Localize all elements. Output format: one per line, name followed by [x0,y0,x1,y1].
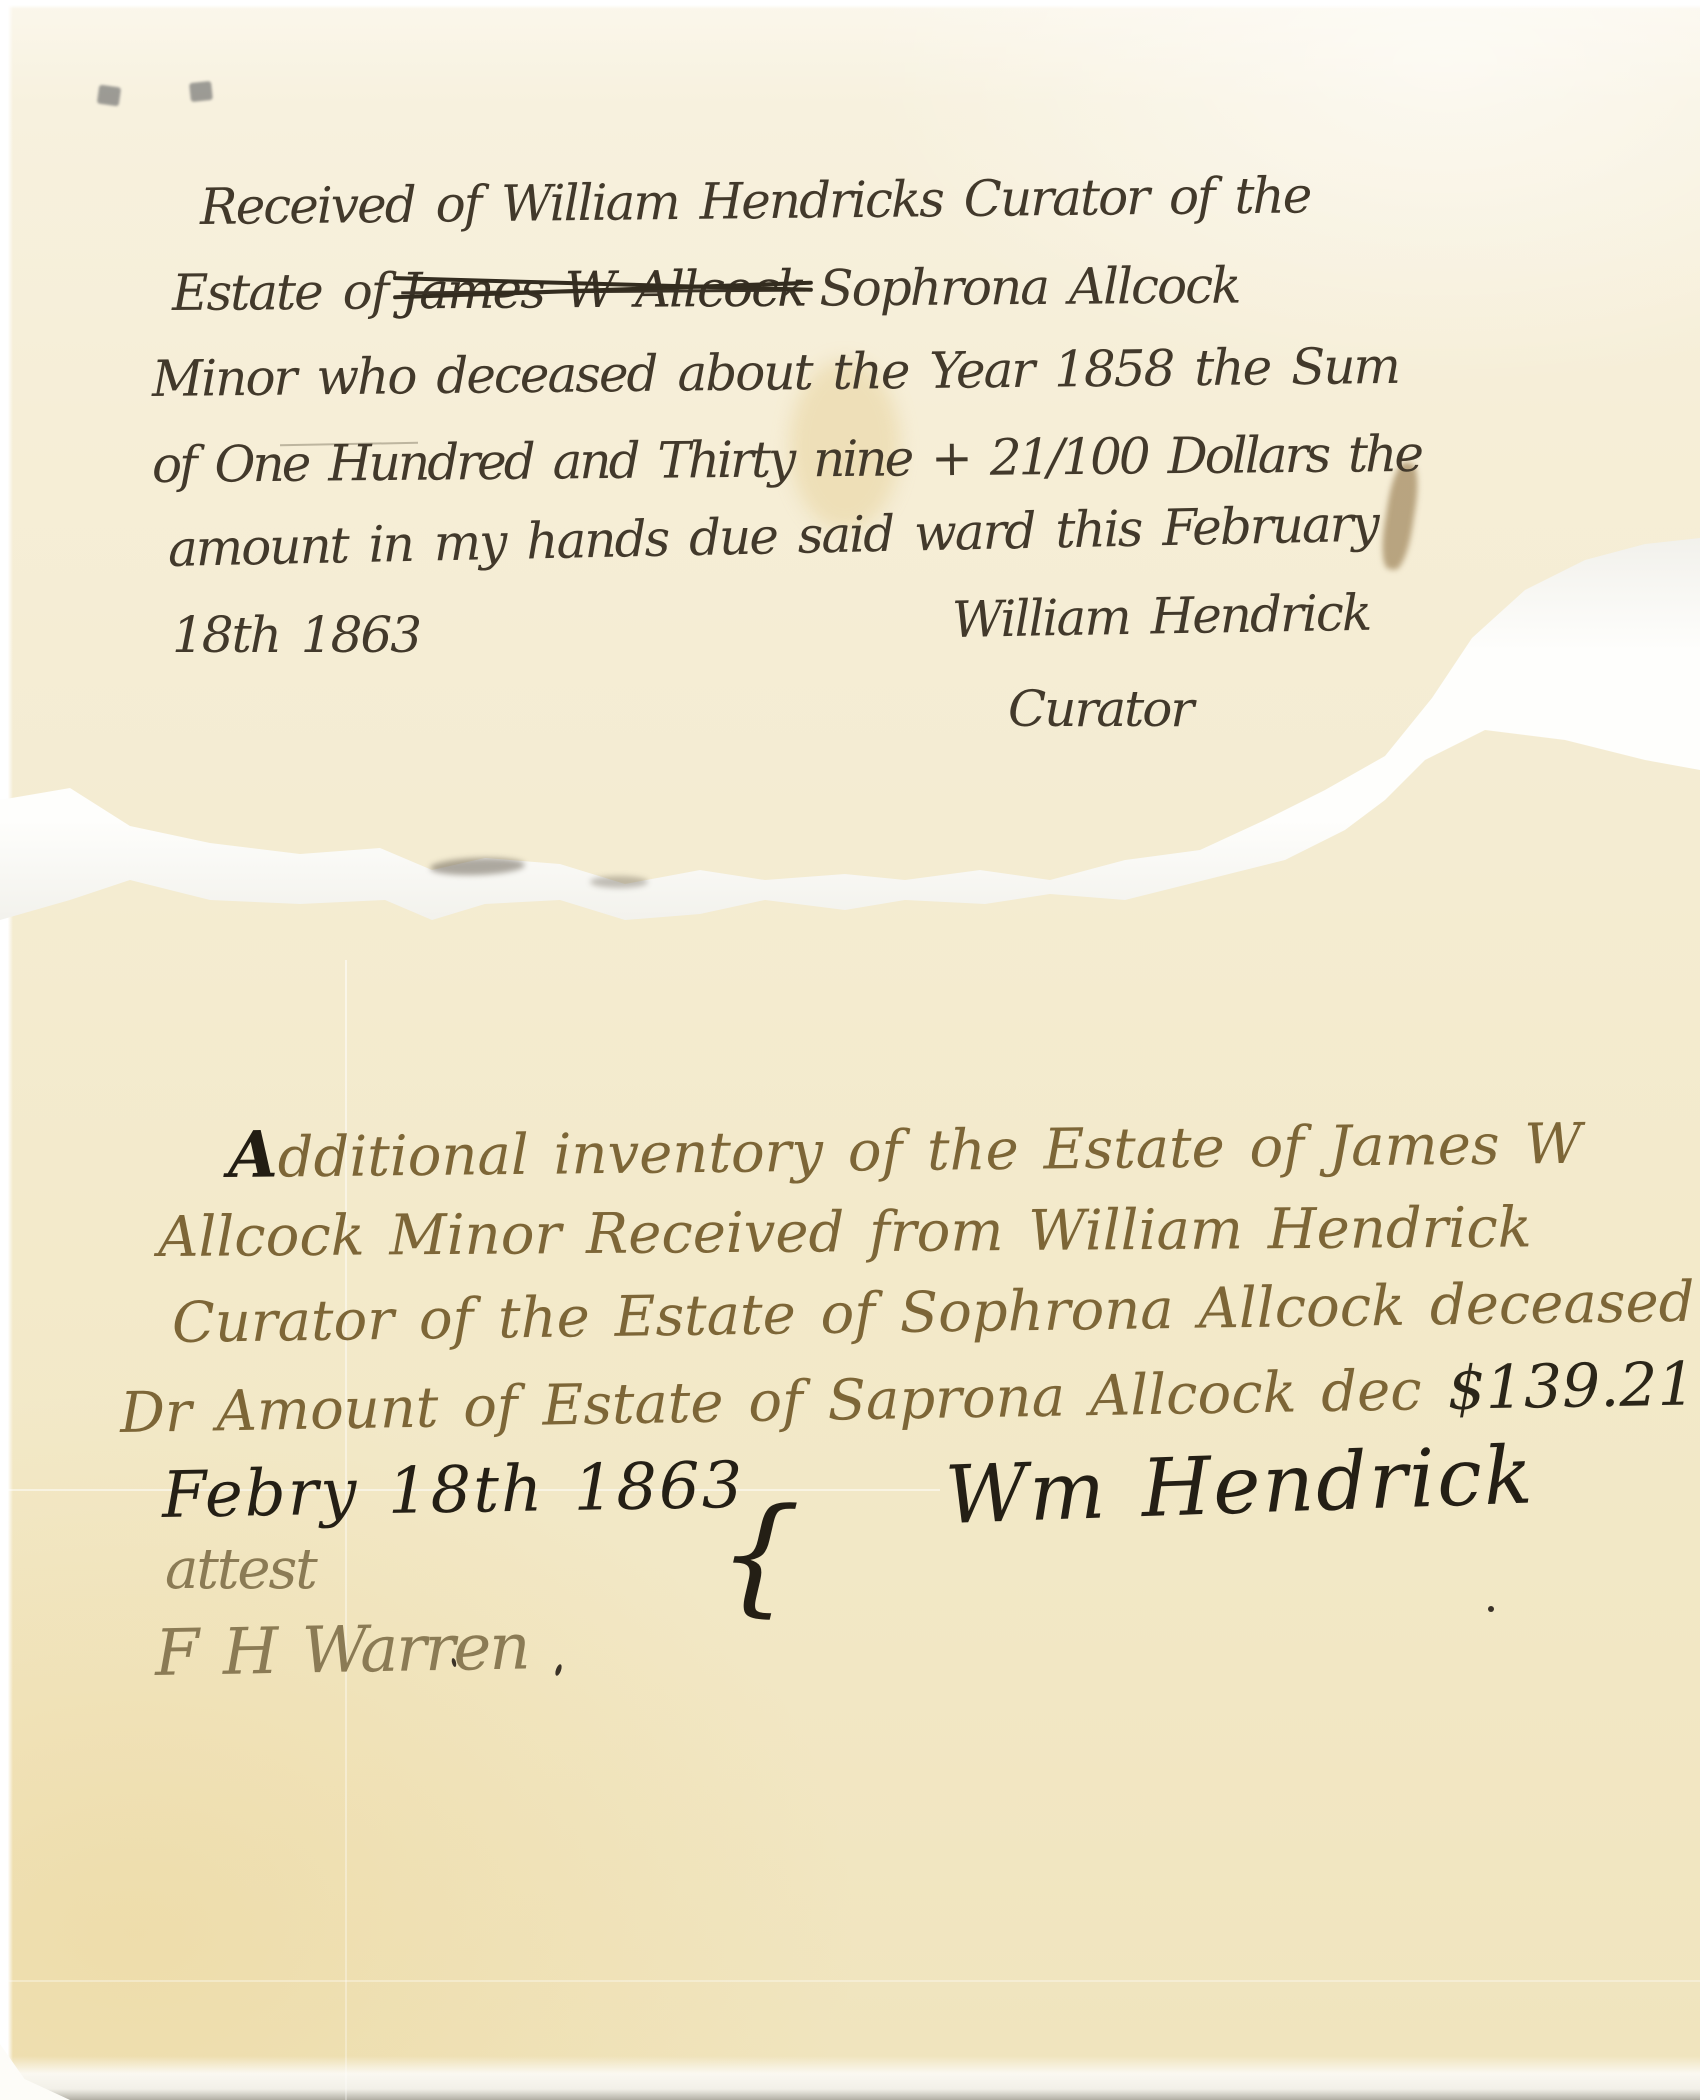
attest-label: attest [165,1542,316,1598]
scan-edge-top [0,0,1700,9]
inventory-date: Febry 18th 1863 [161,1454,744,1528]
struck-out-name: James W Allcock [401,260,806,321]
receipt-line-3: Minor who deceased about the Year 1858 t… [152,341,1399,404]
receipt-line-2: Estate ofJames W AllcockSophrona Allcock [172,261,1240,318]
ink-speck [1488,1606,1494,1612]
paper-tear [0,520,1700,960]
receipt-line-4: of One Hundred and Thirty nine + 21/100 … [152,429,1421,490]
horizontal-fold-crease [0,1980,1700,1982]
punch-mark [97,85,121,107]
receipt-line-1: Received of William Hendricks Curator of… [200,170,1311,232]
inventory-line-4: Dr Amount of Estate of Saprona Allcock d… [119,1355,1696,1442]
scan-edge-bottom [0,2056,1700,2100]
curly-brace-mark: { [716,1490,800,1621]
receipt-line-5: amount in my hands due said ward this Fe… [167,499,1378,574]
inventory-line-2: Allcock Minor Received from William Hend… [158,1200,1532,1266]
inventory-line-1: Additional inventory of the Estate of Ja… [228,1110,1583,1188]
scan-edge-left [0,0,13,2100]
curator-signature: William Hendrick [952,588,1371,645]
receipt-line-2-prefix: Estate of [172,262,388,322]
inventory-line-1-rest: dditional inventory of the Estate of Jam… [277,1112,1582,1191]
ink-speck [554,1664,563,1677]
witness-signature: F H Warren [154,1615,529,1686]
punch-mark [189,81,213,102]
receipt-line-2-suffix: Sophrona Allcock [819,257,1239,318]
amount-value: $139.21 [1447,1350,1696,1424]
inventory-line-3: Curator of the Estate of Sophrona Allcoc… [172,1275,1695,1352]
receipt-date: 18th 1863 [172,610,420,660]
hendrick-signature: Wm Hendrick [944,1435,1536,1536]
inventory-line-1-initial: A [228,1117,278,1193]
scanned-document-page: Received of William Hendricks Curator of… [0,0,1700,2100]
curator-title: Curator [1008,684,1192,734]
inventory-line-4-text: Dr Amount of Estate of Saprona Allcock d… [119,1358,1422,1446]
tear-smudge [590,876,648,888]
